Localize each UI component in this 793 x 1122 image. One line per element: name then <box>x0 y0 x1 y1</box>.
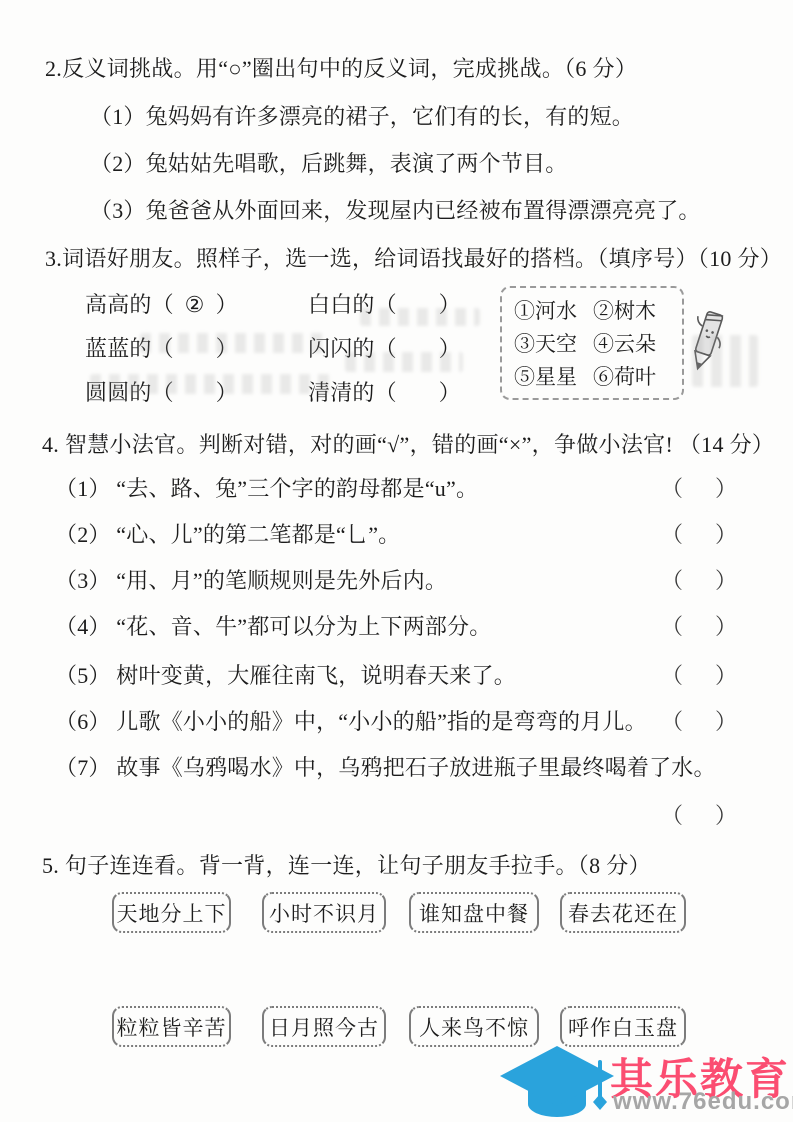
q4-answer-bracket-5[interactable]: （） <box>661 659 737 690</box>
paren-open: （ <box>661 799 683 830</box>
paren-close: ） <box>715 472 737 503</box>
q4-item-6: （6） 儿歌《小小的船》中，“小小的船”指的是弯弯的月儿。 <box>55 705 647 736</box>
paren-close: ） <box>715 659 737 690</box>
q2-item-3: （3）兔爸爸从外面回来，发现屋内已经被布置得漂漂亮亮了。 <box>90 194 701 225</box>
q5-card-bottom-2[interactable]: 日月照今古 <box>262 1006 386 1047</box>
q4-item-7: （7） 故事《乌鸦喝水》中，乌鸦把石子放进瓶子里最终喝着了水。 <box>55 751 716 782</box>
q5-card-top-1[interactable]: 天地分上下 <box>112 892 231 933</box>
print-bleed-artifact <box>345 352 463 372</box>
q3-word-bank: ①河水 ②树木 ③天空 ④云朵 ⑤星星 ⑥荷叶 <box>500 286 684 400</box>
q5-card-bottom-1[interactable]: 粒粒皆辛苦 <box>112 1006 231 1047</box>
word-bank-option: ⑤星星 <box>514 361 593 391</box>
answer-slot[interactable]: ② <box>174 292 216 318</box>
paren-close: ） <box>715 705 737 736</box>
paren-open: （ <box>661 659 683 690</box>
q2-heading: 2.反义词挑战。用“○”圈出句中的反义词，完成挑战。（6 分） <box>45 52 637 83</box>
q4-answer-bracket-4[interactable]: （） <box>661 610 737 641</box>
paren-close: ） <box>715 564 737 595</box>
paren-close: ） <box>715 610 737 641</box>
q5-card-top-2[interactable]: 小时不识月 <box>262 892 386 933</box>
graduation-cap-icon <box>498 1042 620 1122</box>
brand-website[interactable]: www.76edu.com <box>613 1088 793 1116</box>
q4-answer-bracket-1[interactable]: （） <box>661 472 737 503</box>
q3-heading: 3.词语好朋友。照样子，选一选，给词语找最好的搭档。（填序号）（10 分） <box>45 242 782 273</box>
paren-open: （ <box>661 705 683 736</box>
word-bank-option: ③天空 <box>514 328 593 358</box>
q4-answer-bracket-6[interactable]: （） <box>661 705 737 736</box>
q4-item-5: （5） 树叶变黄，大雁往南飞，说明春天来了。 <box>55 659 516 690</box>
paren-open: （ <box>661 472 683 503</box>
print-bleed-artifact <box>90 374 330 394</box>
blank-label: 高高的 <box>85 292 152 317</box>
q4-item-2: （2） “心、儿”的第二笔都是“乚”。 <box>55 518 400 549</box>
worksheet-page: 2.反义词挑战。用“○”圈出句中的反义词，完成挑战。（6 分） （1）兔妈妈有许… <box>0 0 793 1122</box>
paren-open: （ <box>661 564 683 595</box>
print-bleed-artifact <box>140 333 330 353</box>
paren-close: ） <box>715 799 737 830</box>
q4-item-4: （4） “花、音、牛”都可以分为上下两部分。 <box>55 610 491 641</box>
q4-answer-bracket-7[interactable]: （） <box>661 799 737 830</box>
q3-blank-qingqingde: 清清的（） <box>308 376 461 407</box>
paren-close: ） <box>715 518 737 549</box>
q4-item-1: （1） “去、路、兔”三个字的韵母都是“u”。 <box>55 472 478 503</box>
word-bank-option: ①河水 <box>514 295 593 325</box>
print-bleed-artifact <box>692 335 758 387</box>
paren-close: ） <box>439 380 461 405</box>
word-bank-option: ②树木 <box>593 295 672 325</box>
q3-blank-gaogaode: 高高的（②） <box>85 288 238 319</box>
q5-card-bottom-3[interactable]: 人来鸟不惊 <box>409 1006 539 1047</box>
q4-heading: 4. 智慧小法官。判断对错，对的画“√”，错的画“×”，争做小法官! （14 分… <box>42 428 774 459</box>
q5-card-top-4[interactable]: 春去花还在 <box>560 892 686 933</box>
paren-open: （ <box>661 518 683 549</box>
word-bank-option: ④云朵 <box>593 328 672 358</box>
paren-open: （ <box>152 292 174 317</box>
q5-heading: 5. 句子连连看。背一背，连一连，让句子朋友手拉手。（8 分） <box>42 849 651 880</box>
paren-open: （ <box>375 380 397 405</box>
q5-card-bottom-4[interactable]: 呼作白玉盘 <box>560 1006 686 1047</box>
paren-close: ） <box>216 292 238 317</box>
q4-answer-bracket-2[interactable]: （） <box>661 518 737 549</box>
q4-answer-bracket-3[interactable]: （） <box>661 564 737 595</box>
paren-open: （ <box>661 610 683 641</box>
q2-item-1: （1）兔妈妈有许多漂亮的裙子，它们有的长，有的短。 <box>90 100 634 131</box>
q5-card-top-3[interactable]: 谁知盘中餐 <box>409 892 539 933</box>
q2-item-2: （2）兔姑姑先唱歌，后跳舞，表演了两个节目。 <box>90 147 567 178</box>
word-bank-option: ⑥荷叶 <box>593 361 672 391</box>
print-bleed-artifact <box>360 308 480 326</box>
q4-item-3: （3） “用、月”的笔顺规则是先外后内。 <box>55 564 447 595</box>
